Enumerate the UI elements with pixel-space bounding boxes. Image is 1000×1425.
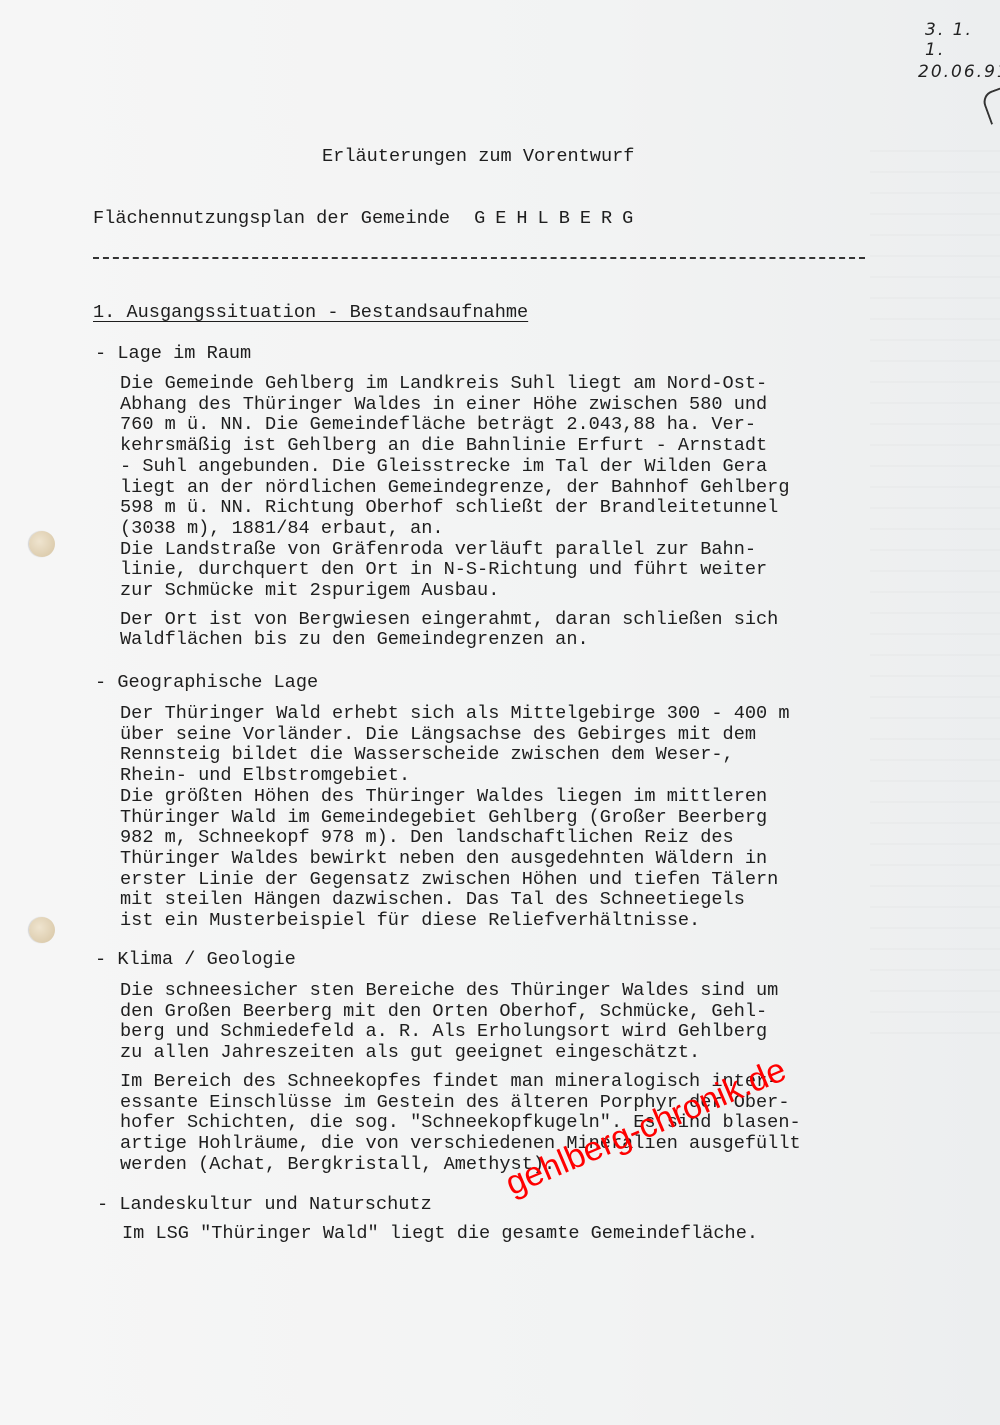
paragraph: Die Gemeinde Gehlberg im Landkreis Suhl …: [120, 374, 789, 602]
signature-mark: [980, 87, 1000, 125]
subsection-heading: - Geographische Lage: [95, 672, 789, 693]
bleed-through-text: [870, 150, 1000, 1050]
paragraph: Der Ort ist von Bergwiesen eingerahmt, d…: [120, 610, 789, 651]
handwritten-note-number: 3. 1. 1.: [925, 20, 1000, 60]
dashed-divider: [93, 257, 865, 259]
document-title: Erläuterungen zum Vorentwurf: [322, 146, 634, 167]
subsection-heading: - Landeskultur und Naturschutz: [97, 1194, 758, 1215]
subsection-klima-geologie: - Klima / Geologie Die schneesicher sten…: [95, 949, 801, 1175]
handwritten-note-date: 20.06.91: [918, 62, 1000, 82]
subsection-geographische-lage: - Geographische Lage Der Thüringer Wald …: [95, 672, 789, 932]
subtitle-text: Flächennutzungsplan der Gemeinde: [93, 208, 450, 229]
municipality-name: GEHLBERG: [474, 208, 643, 229]
punch-hole-bottom: [29, 917, 55, 943]
document-page: 3. 1. 1. 20.06.91 Erläuterungen zum Vore…: [0, 0, 1000, 1425]
subsection-lage-im-raum: - Lage im Raum Die Gemeinde Gehlberg im …: [95, 343, 789, 651]
punch-hole-top: [29, 531, 55, 557]
subsection-heading: - Lage im Raum: [95, 343, 789, 364]
paragraph: Im LSG "Thüringer Wald" liegt die gesamt…: [122, 1224, 758, 1245]
paragraph: Die schneesicher sten Bereiche des Thüri…: [120, 981, 801, 1064]
subsection-landeskultur: - Landeskultur und Naturschutz Im LSG "T…: [97, 1194, 758, 1245]
section-heading: 1. Ausgangssituation - Bestandsaufnahme: [93, 302, 528, 323]
subsection-heading: - Klima / Geologie: [95, 949, 801, 970]
paragraph: Der Thüringer Wald erhebt sich als Mitte…: [120, 704, 789, 932]
document-subtitle: Flächennutzungsplan der GemeindeGEHLBERG: [93, 208, 643, 229]
